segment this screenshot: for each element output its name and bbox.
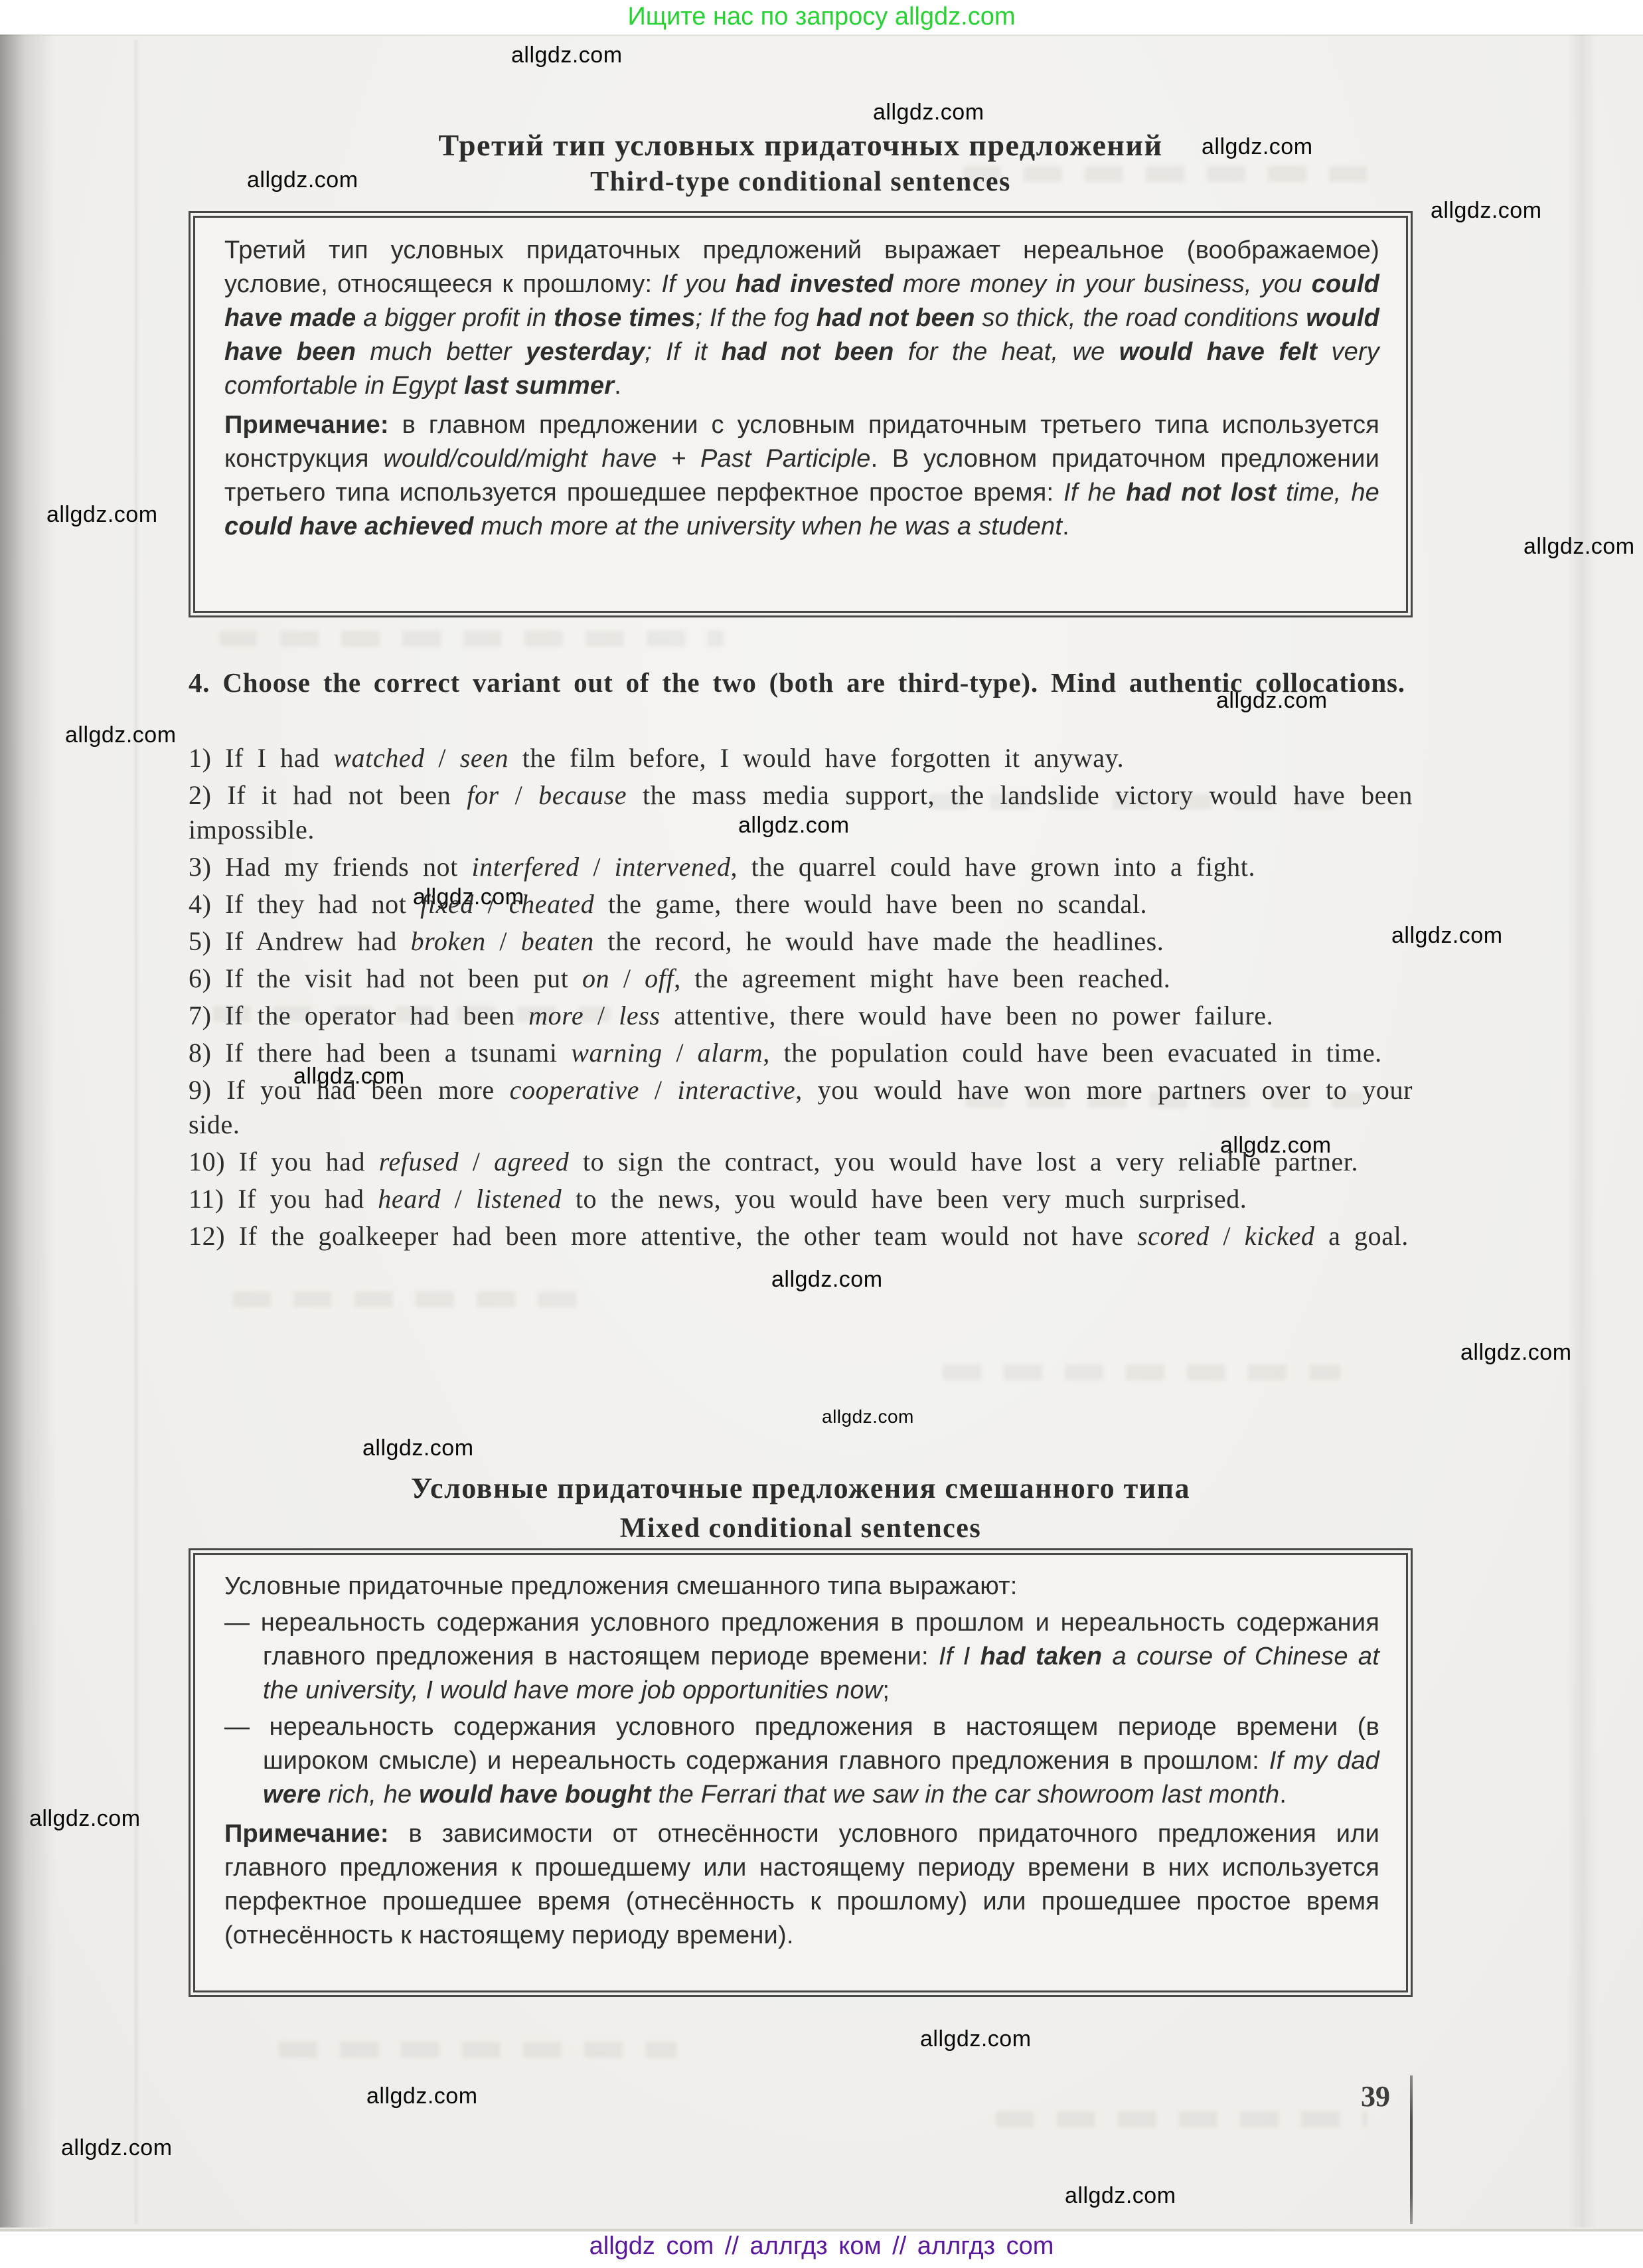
watermark: allgdz.com xyxy=(29,1806,141,1832)
bleed-through-ghost xyxy=(279,2042,677,2058)
exercise-item-10: 10) If you had refused / agreed to sign … xyxy=(189,1145,1413,1179)
section1-title-ru: Третий тип условных придаточных предложе… xyxy=(189,127,1413,163)
exercise-item-2: 2) If it had not been for / because the … xyxy=(189,778,1413,847)
watermark: allgdz.com xyxy=(873,100,984,125)
exercise-item-3: 3) Had my friends not interfered / inter… xyxy=(189,850,1413,884)
exercise-item-12: 12) If the goalkeeper had been more atte… xyxy=(189,1219,1413,1254)
watermark: allgdz.com xyxy=(46,502,158,528)
exercise-item-4: 4) If they had not fixed / cheated the g… xyxy=(189,887,1413,922)
box1-paragraph-main: Третий тип условных придаточных предложе… xyxy=(224,234,1379,403)
left-fold-shadow xyxy=(0,35,56,2227)
bleed-through-ghost xyxy=(232,1291,591,1307)
box2-bullet-2: — нереальность содержания условного пред… xyxy=(224,1710,1379,1812)
box2-note: Примечание: в зависимости от отнесённост… xyxy=(224,1817,1379,1953)
grammar-box-third-type: Третий тип условных придаточных предложе… xyxy=(189,211,1413,617)
watermark: allgdz.com xyxy=(65,722,177,748)
watermark: allgdz.com xyxy=(1460,1340,1572,1366)
exercise-item-6: 6) If the visit had not been put on / of… xyxy=(189,961,1413,996)
section2-title-ru: Условные придаточные предложения смешанн… xyxy=(189,1471,1413,1505)
bleed-through-ghost xyxy=(219,631,724,647)
exercise-item-11: 11) If you had heard / listened to the n… xyxy=(189,1182,1413,1216)
footer-links: allgdz com // аллгдз ком // аллгдз com xyxy=(589,2232,1054,2261)
watermark: allgdz.com xyxy=(1524,534,1635,560)
exercise-item-9: 9) If you had been more cooperative / in… xyxy=(189,1073,1413,1142)
exercise-item-1: 1) If I had watched / seen the film befo… xyxy=(189,741,1413,775)
exercise-item-5: 5) If Andrew had broken / beaten the rec… xyxy=(189,924,1413,959)
exercise-item-7: 7) If the operator had been more / less … xyxy=(189,999,1413,1033)
watermark: allgdz.com xyxy=(1065,2183,1176,2209)
watermark: allgdz.com xyxy=(771,1267,883,1293)
watermark: allgdz.com xyxy=(61,2135,173,2161)
watermark: allgdz.com xyxy=(362,1435,474,1461)
page-number: 39 xyxy=(1361,2079,1390,2113)
watermark: allgdz.com xyxy=(366,2083,478,2109)
grammar-box-mixed: Условные придаточные предложения смешанн… xyxy=(189,1548,1413,1997)
exercise-item-8: 8) If there had been a tsunami warning /… xyxy=(189,1036,1413,1070)
page-edge-line xyxy=(1410,2075,1413,2224)
scanned-textbook-page: Ищите нас по запросу allgdz.com allgdz.c… xyxy=(0,0,1643,2268)
watermark: allgdz.com xyxy=(920,2026,1032,2052)
box2-intro: Условные придаточные предложения смешанн… xyxy=(224,1570,1379,1603)
box2-bullet-1: — нереальность содержания условного пред… xyxy=(224,1606,1379,1708)
page-crease xyxy=(133,40,139,2224)
right-fold-crease xyxy=(1567,35,1597,2227)
bleed-through-ghost xyxy=(943,1364,1341,1380)
exercise-item-list: 1) If I had watched / seen the film befo… xyxy=(189,741,1413,1256)
watermark: allgdz.com xyxy=(1431,198,1542,224)
watermark: allgdz.com xyxy=(511,42,623,68)
exercise-heading: 4. Choose the correct variant out of the… xyxy=(189,664,1413,701)
section1-title-en: Third-type conditional sentences xyxy=(189,166,1413,198)
section2-title-en: Mixed conditional sentences xyxy=(189,1512,1413,1544)
bleed-through-ghost xyxy=(996,2111,1368,2127)
box1-paragraph-note: Примечание: в главном предложении с усло… xyxy=(224,408,1379,544)
promo-banner-text: Ищите нас по запросу allgdz.com xyxy=(627,3,1015,31)
watermark: allgdz.com xyxy=(822,1406,914,1427)
